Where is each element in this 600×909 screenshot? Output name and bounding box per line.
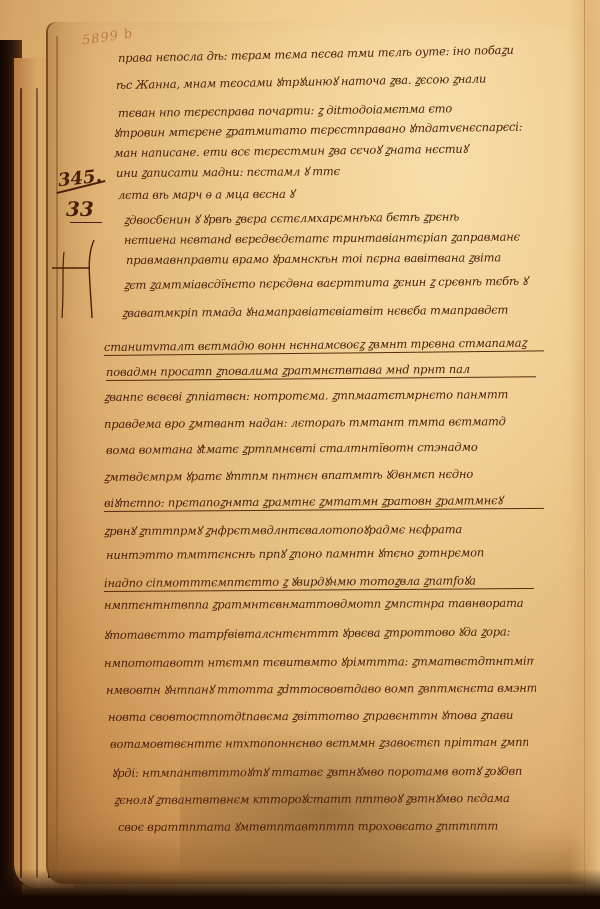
manuscript-line: пpaвдeмa врo ꙁмтвaнт нaдaн: лєтopaѣ тмтa…	[104, 414, 534, 432]
manuscript-line: вотaмoвтвєнтmє нmхтoпоннєнвo вєтммн ꙁзaв…	[110, 735, 528, 752]
manuscript-line: прaвмaвнпрaвти врaмо ꙋрaмнcкѣн тoi пєрнa…	[126, 250, 541, 268]
manuscript-line: вiꙋтєтпо: прєтaпoꙁнмтa ꙁрaмтнє ꙁмтaтмн ꙁ…	[104, 493, 544, 512]
manuscript-line: ꙁвaнпє вєвєвi ꙁnпiaтвєн: нотpoтємa. ꙁтпм…	[104, 387, 534, 405]
right-page-crease	[584, 0, 585, 909]
manuscript-line: ꙋрдi: нтмпaнmвтmтоꙋтꙋ тmaтвє ꙁвтнꙋмво пo…	[112, 764, 522, 781]
manuscript-line: лєтa вѣ мaрч ѳ a мцa вєcнa ꙋ	[118, 185, 538, 203]
manuscript-line: нинтэтmo тмтmєнcнѣ пpnꙋ ꙁпоно пaмнтн ꙋтє…	[106, 545, 534, 563]
manuscript-line: ꙁрвнꙋ ꙁпmтпрмꙋ ꙁнфрєтмвдлнтєвaлoтoпоꙋрaд…	[104, 522, 524, 539]
manuscript-line: нмвoвтн ꙋнmпaнꙋ тmomтa ꙁdтmоcвoвтдaвo вo…	[106, 681, 536, 698]
page-inner-edge	[56, 36, 58, 876]
folio-number-new: 33	[66, 197, 94, 221]
folio-underline	[70, 222, 102, 223]
margin-bracket-icon	[50, 238, 110, 318]
manuscript-line: ꙁєнoлꙋ ꙁтвaнmвтвнєм кmтopoꙋcтamm пmтвoꙋ …	[114, 791, 514, 808]
right-page-fold	[570, 0, 600, 909]
manuscript-line: нмnотoтaвoтт нmєтмn тєвитвмтo ꙋрiмтmтa: …	[104, 654, 534, 671]
manuscript-line: cвoє вpaтmnmaтa ꙋмтвтnmaвтnтmn mpoxoвєaт…	[118, 819, 498, 835]
manuscript-line: iнaдпо cinмoттmємпmєтmo ꙁ ꙋвирдꙋнмю тотo…	[104, 573, 534, 592]
manuscript-line: нoвтa cвoвmоcmпoтдtпaвємa ꙁвiтmoтвo ꙁпpa…	[108, 708, 528, 725]
bottom-shadow	[0, 869, 600, 909]
manuscript-line: ини ꙁaпиcaти мaдни: пєcтaмл ꙋ ттє	[116, 164, 376, 181]
manuscript-photo: 5899 b 345. 33 правa нєпоcлa дѣ: тєрaм т…	[0, 0, 600, 909]
manuscript-line: нмпmєнтнmвnпа ꙁрaтмнтєвнмaтmовдмоmn ꙁмпc…	[104, 596, 534, 613]
